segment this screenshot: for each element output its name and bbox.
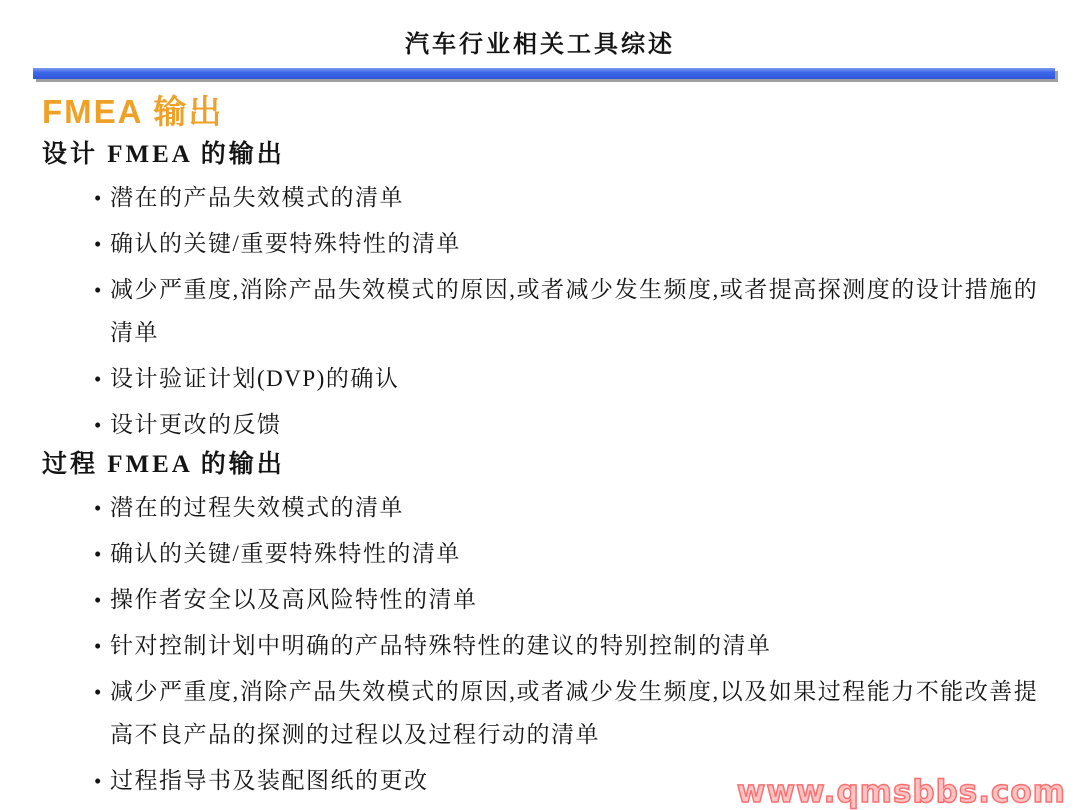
section-title-design-fmea: 设计 FMEA 的输出 — [42, 140, 1042, 170]
watermark: www.qmsbbs.com — [737, 774, 1066, 810]
list-item: 潜在的过程失效模式的清单 — [94, 486, 1042, 529]
list-item: 确认的关键/重要特殊特性的清单 — [94, 532, 1042, 575]
list-item: 减少严重度,消除产品失效模式的原因,或者减少发生频度,或者提高探测度的设计措施的… — [94, 268, 1042, 354]
list-item: 减少严重度,消除产品失效模式的原因,或者减少发生频度,以及如果过程能力不能改善提… — [94, 670, 1042, 756]
slide-header-title: 汽车行业相关工具综述 — [0, 24, 1080, 59]
list-item: 针对控制计划中明确的产品特殊特性的建议的特别控制的清单 — [94, 624, 1042, 667]
list-item: 潜在的产品失效模式的清单 — [94, 176, 1042, 219]
design-fmea-output-list: 潜在的产品失效模式的清单 确认的关键/重要特殊特性的清单 减少严重度,消除产品失… — [42, 176, 1042, 446]
list-item: 设计验证计划(DVP)的确认 — [94, 357, 1042, 400]
list-item: 确认的关键/重要特殊特性的清单 — [94, 222, 1042, 265]
list-item: 操作者安全以及高风险特性的清单 — [94, 578, 1042, 621]
process-fmea-output-list: 潜在的过程失效模式的清单 确认的关键/重要特殊特性的清单 操作者安全以及高风险特… — [42, 486, 1042, 802]
page-title: FMEA 输出 — [42, 92, 1042, 132]
divider-bar — [33, 68, 1055, 79]
slide-content: FMEA 输出 设计 FMEA 的输出 潜在的产品失效模式的清单 确认的关键/重… — [42, 92, 1042, 806]
list-item: 设计更改的反馈 — [94, 403, 1042, 446]
section-title-process-fmea: 过程 FMEA 的输出 — [42, 450, 1042, 480]
